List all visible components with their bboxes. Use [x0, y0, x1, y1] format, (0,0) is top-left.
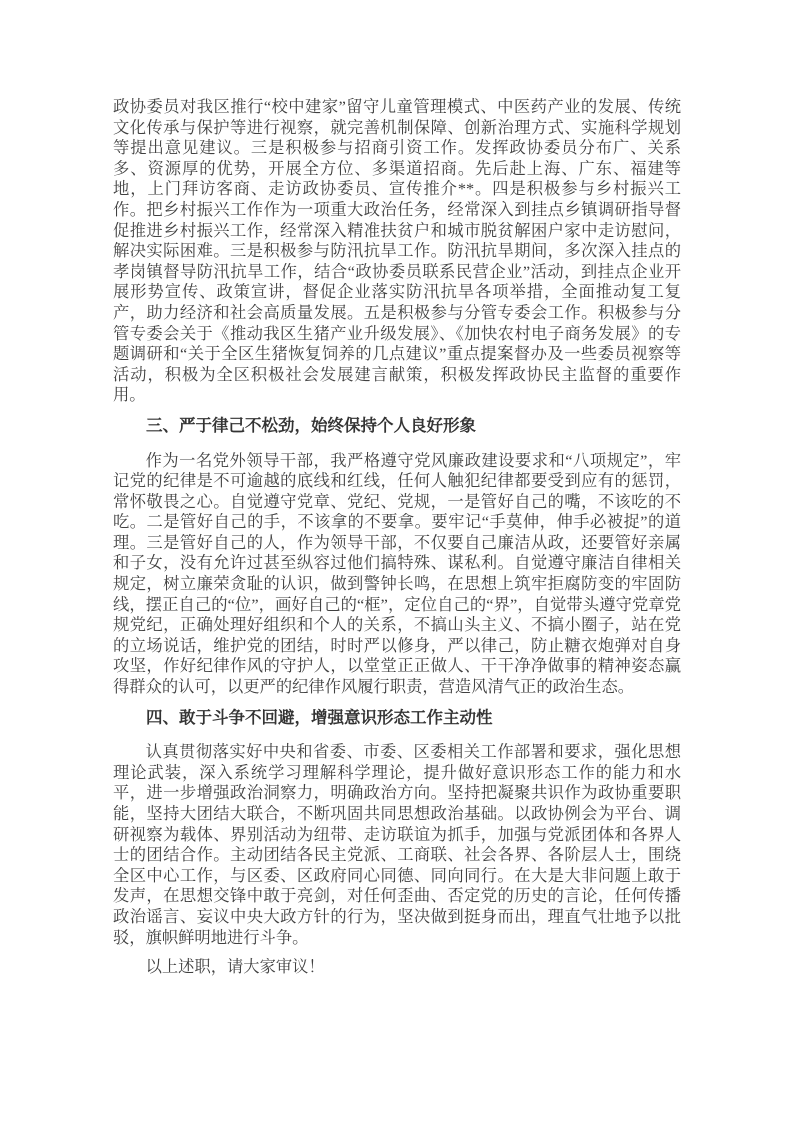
- paragraph-performance-duties-continuation: 政协委员对我区推行“校中建家”留守儿童管理模式、中医药产业的发展、传统文化传承与…: [113, 97, 681, 406]
- document-page: 政协委员对我区推行“校中建家”留守儿童管理模式、中医药产业的发展、传统文化传承与…: [0, 0, 793, 1122]
- section-heading-three-self-discipline: 三、严于律己不松劲，始终保持个人良好形象: [113, 416, 681, 437]
- paragraph-ideology-work: 认真贯彻落实好中央和省委、市委、区委相关工作部署和要求，强化思想理论武装，深入系…: [113, 742, 681, 948]
- paragraph-self-discipline: 作为一名党外领导干部，我严格遵守党风廉政建设要求和“八项规定”，牢记党的纪律是不…: [113, 451, 681, 698]
- paragraph-closing-statement: 以上述职，请大家审议！: [113, 957, 681, 978]
- section-heading-four-ideology: 四、敢于斗争不回避，增强意识形态工作主动性: [113, 708, 681, 729]
